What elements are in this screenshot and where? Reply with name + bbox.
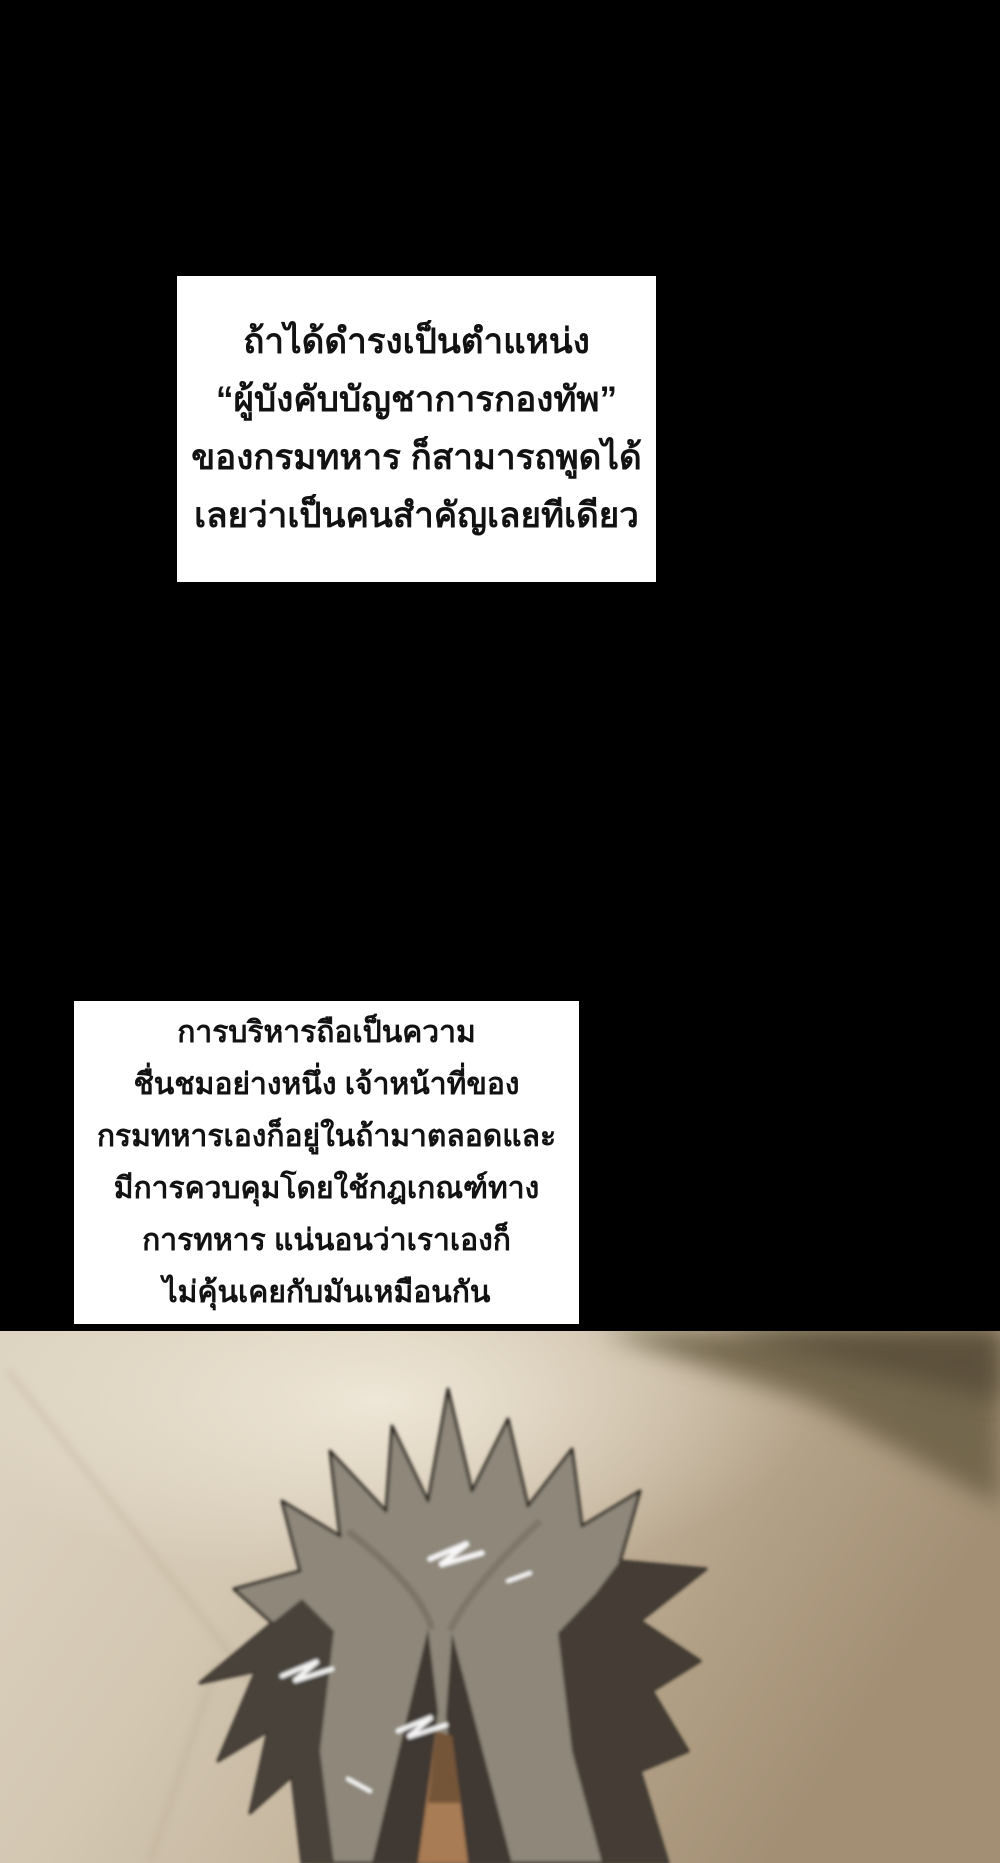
narration-line: การทหาร แน่นอนว่าเราเองก็ bbox=[74, 1215, 579, 1267]
narration-line: ไม่คุ้นเคยกับมันเหมือนกัน bbox=[74, 1267, 579, 1319]
narration-line: เลยว่าเป็นคนสำคัญเลยทีเดียว bbox=[177, 487, 656, 545]
narration-box-2: การบริหารถือเป็นความ ชื่นชมอย่างหนึ่ง เจ… bbox=[70, 997, 583, 1328]
narration-line: ชื่นชมอย่างหนึ่ง เจ้าหน้าที่ของ bbox=[74, 1059, 579, 1111]
scene-artwork bbox=[0, 1331, 1000, 1863]
narration-box-1: ถ้าได้ดำรงเป็นตำแหน่ง “ผู้บังคับบัญชาการ… bbox=[173, 272, 660, 586]
comic-page: ถ้าได้ดำรงเป็นตำแหน่ง “ผู้บังคับบัญชาการ… bbox=[0, 0, 1000, 1863]
narration-line: ของกรมทหาร ก็สามารถพูดได้ bbox=[177, 429, 656, 487]
narration-line: “ผู้บังคับบัญชาการกองทัพ” bbox=[177, 371, 656, 429]
scene-illustration bbox=[0, 1331, 1000, 1863]
narration-line: มีการควบคุมโดยใช้กฎเกณฑ์ทาง bbox=[74, 1163, 579, 1215]
narration-line: ถ้าได้ดำรงเป็นตำแหน่ง bbox=[177, 313, 656, 371]
narration-line: กรมทหารเองก็อยู่ในถ้ามาตลอดและ bbox=[74, 1111, 579, 1163]
narration-line: การบริหารถือเป็นความ bbox=[74, 1007, 579, 1059]
